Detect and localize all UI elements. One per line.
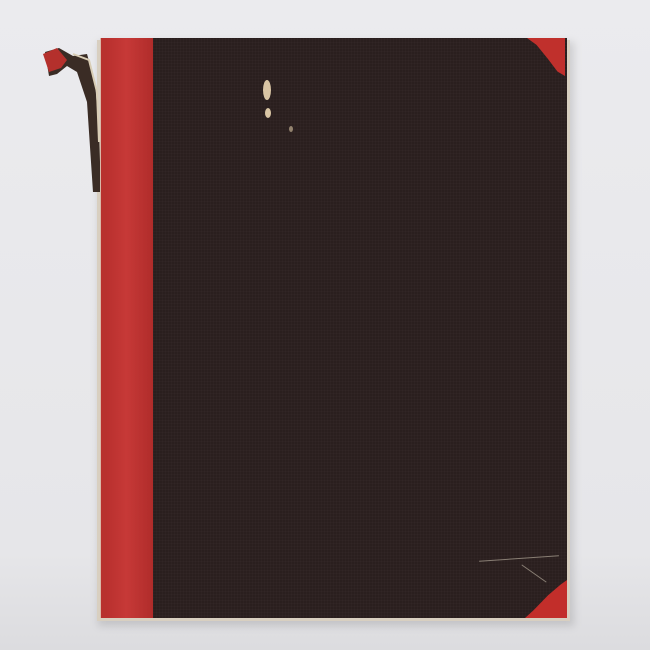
corner-bottom-right: [525, 580, 567, 618]
spine: [100, 38, 153, 618]
book: [97, 38, 570, 621]
crack: [479, 555, 559, 562]
front-cover: [149, 38, 567, 618]
spine-edge: [100, 38, 107, 618]
corner-top-right: [527, 38, 565, 76]
stain: [289, 126, 293, 132]
stain: [263, 80, 271, 100]
torn-spine-flap: [37, 42, 103, 194]
crack: [521, 564, 546, 582]
stain: [265, 108, 271, 118]
